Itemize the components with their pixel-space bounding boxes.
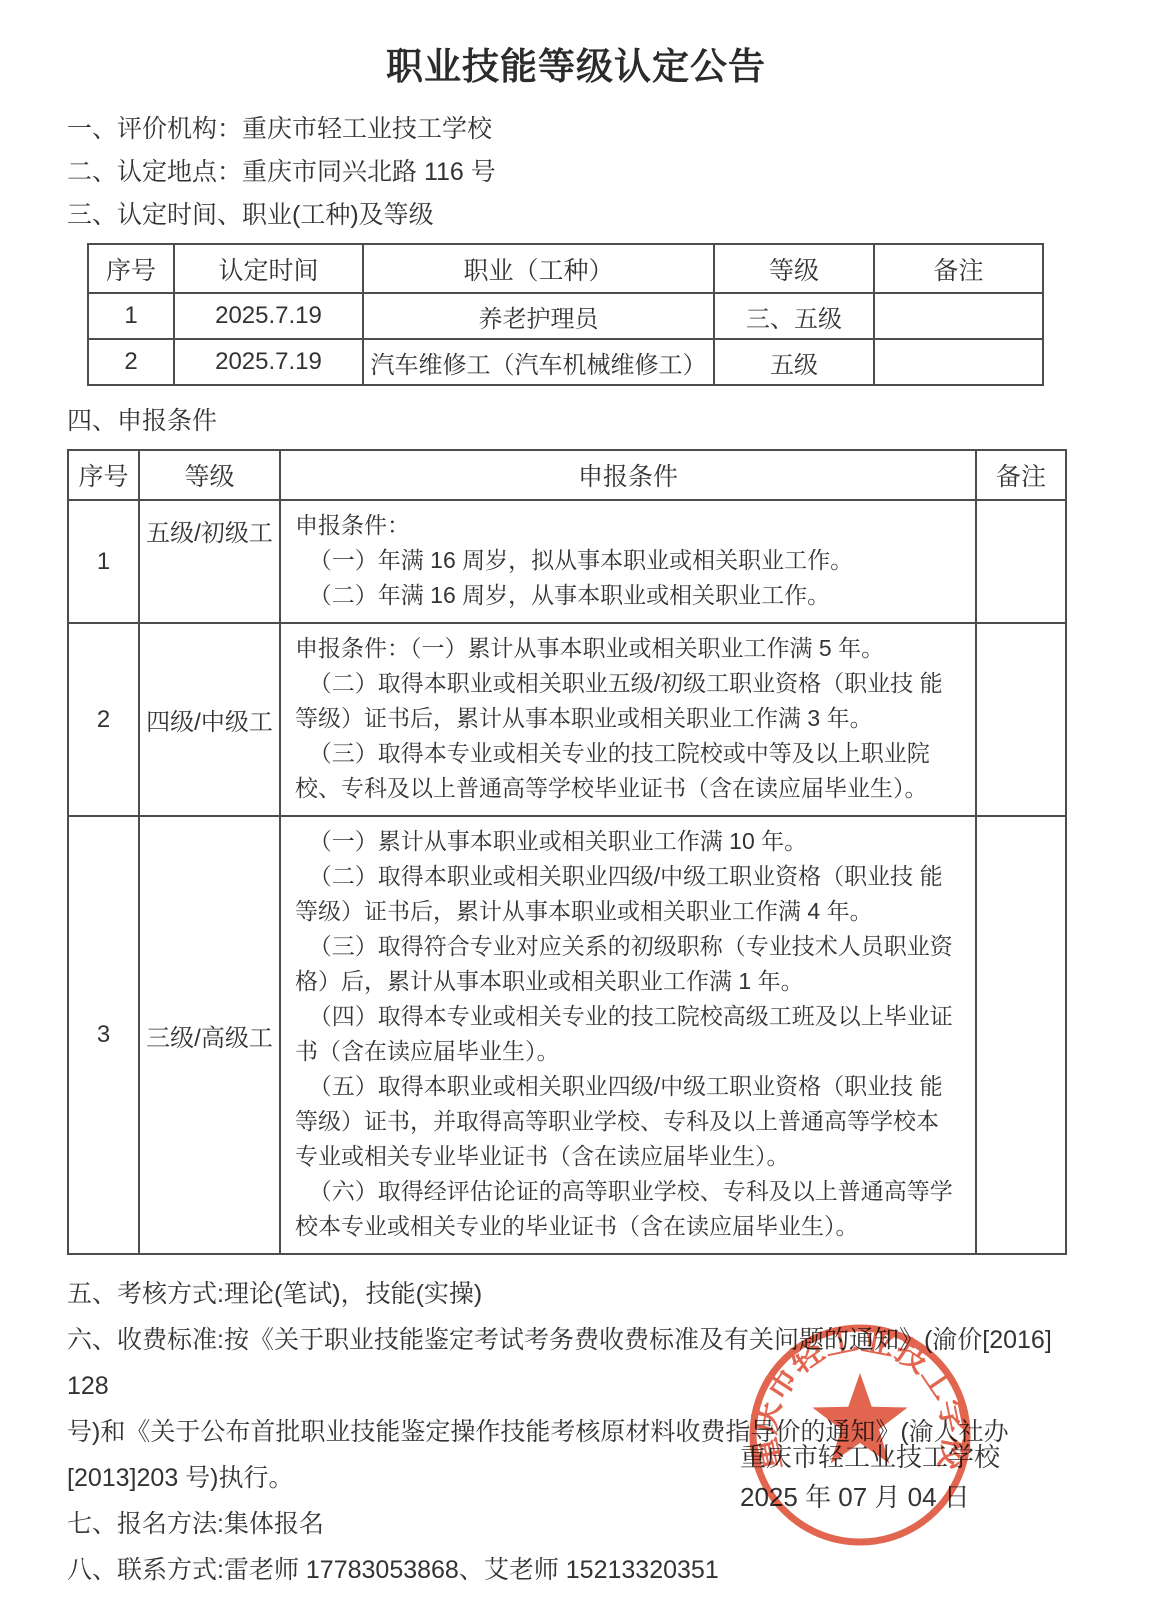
cell-note [976,816,1066,1254]
cell-level: 五级 [714,339,874,385]
condition-paragraph: （三）取得符合专业对应关系的初级职称（专业技术人员职业资格）后，累计从事本职业或… [295,929,961,999]
intro-line-schedule-heading: 三、认定时间、职业(工种)及等级 [67,200,1085,230]
cell-level: 五级/初级工 [139,500,280,623]
cell-conditions: 申报条件： （一）年满 16 周岁，拟从事本职业或相关职业工作。 （二）年满 1… [280,500,976,623]
cell-conditions: 申报条件：（一）累计从事本职业或相关职业工作满 5 年。 （二）取得本职业或相关… [280,623,976,816]
conditions-table: 序号 等级 申报条件 备注 1 五级/初级工 申报条件： （一）年满 16 周岁… [67,449,1067,1255]
schedule-header-no: 序号 [88,244,174,293]
page-title: 职业技能等级认定公告 [67,36,1085,90]
intro-line-conditions-heading: 四、申报条件 [67,406,1085,436]
cell-no: 1 [88,293,174,339]
cell-date: 2025.7.19 [174,339,363,385]
conditions-header-row: 序号 等级 申报条件 备注 [68,450,1066,500]
cell-note [976,500,1066,623]
condition-paragraph: （五）取得本职业或相关职业四级/中级工职业资格（职业技 能等级）证书，并取得高等… [295,1069,961,1174]
schedule-table: 序号 认定时间 职业（工种） 等级 备注 1 2025.7.19 养老护理员 三… [87,243,1044,386]
schedule-header-occupation: 职业（工种） [363,244,714,293]
cell-no: 2 [88,339,174,385]
cell-level: 三级/高级工 [139,816,280,1254]
schedule-header-row: 序号 认定时间 职业（工种） 等级 备注 [88,244,1043,293]
conditions-header-level: 等级 [139,450,280,500]
table-row: 2 四级/中级工 申报条件：（一）累计从事本职业或相关职业工作满 5 年。 （二… [68,623,1066,816]
signature-date: 2025 年 07 月 04 日 [740,1477,1000,1517]
condition-paragraph: 申报条件： [295,508,961,543]
condition-paragraph: （一）年满 16 周岁，拟从事本职业或相关职业工作。 [295,543,961,578]
cell-note [874,293,1043,339]
intro-line-evaluation-org: 一、评价机构：重庆市轻工业技工学校 [67,114,1085,144]
table-row: 3 三级/高级工 （一）累计从事本职业或相关职业工作满 10 年。 （二）取得本… [68,816,1066,1254]
condition-paragraph: 申报条件：（一）累计从事本职业或相关职业工作满 5 年。 [295,631,961,666]
cell-no: 1 [68,500,139,623]
footer-line-assessment-method: 五、考核方式:理论(笔试)，技能(实操) [67,1271,1085,1317]
signature-block: 重庆市轻工业技工学校 2025 年 07 月 04 日 [740,1437,1000,1517]
fee-standard-line: 六、收费标准:按《关于职业技能鉴定考试考务费收费标准及有关问题的通知》(渝价[2… [67,1317,1085,1409]
condition-paragraph: （二）年满 16 周岁，从事本职业或相关职业工作。 [295,578,961,613]
condition-paragraph: （二）取得本职业或相关职业四级/中级工职业资格（职业技 能等级）证书后，累计从事… [295,859,961,929]
condition-paragraph: （三）取得本专业或相关专业的技工院校或中等及以上职业院校、专科及以上普通高等学校… [295,736,961,806]
condition-paragraph: （四）取得本专业或相关专业的技工院校高级工班及以上毕业证书（含在读应届毕业生）。 [295,999,961,1069]
cell-occupation: 养老护理员 [363,293,714,339]
table-row: 2 2025.7.19 汽车维修工（汽车机械维修工） 五级 [88,339,1043,385]
cell-no: 3 [68,816,139,1254]
signature-org: 重庆市轻工业技工学校 [740,1437,1000,1477]
intro-line-location: 二、认定地点：重庆市同兴北路 116 号 [67,157,1085,187]
footer-line-contact: 八、联系方式:雷老师 17783053868、艾老师 15213320351 [67,1547,1085,1593]
cell-level: 四级/中级工 [139,623,280,816]
cell-level: 三、五级 [714,293,874,339]
conditions-header-note: 备注 [976,450,1066,500]
cell-note [976,623,1066,816]
conditions-header-conditions: 申报条件 [280,450,976,500]
condition-paragraph: （二）取得本职业或相关职业五级/初级工职业资格（职业技 能等级）证书后，累计从事… [295,666,961,736]
condition-paragraph: （六）取得经评估论证的高等职业学校、专科及以上普通高等学校本专业或相关专业的毕业… [295,1174,961,1244]
table-row: 1 五级/初级工 申报条件： （一）年满 16 周岁，拟从事本职业或相关职业工作… [68,500,1066,623]
announcement-document: 职业技能等级认定公告 一、评价机构：重庆市轻工业技工学校 二、认定地点：重庆市同… [0,0,1152,1600]
cell-no: 2 [68,623,139,816]
condition-paragraph: （一）累计从事本职业或相关职业工作满 10 年。 [295,824,961,859]
table-row: 1 2025.7.19 养老护理员 三、五级 [88,293,1043,339]
conditions-header-no: 序号 [68,450,139,500]
cell-date: 2025.7.19 [174,293,363,339]
cell-note [874,339,1043,385]
schedule-header-date: 认定时间 [174,244,363,293]
schedule-header-note: 备注 [874,244,1043,293]
schedule-header-level: 等级 [714,244,874,293]
cell-conditions: （一）累计从事本职业或相关职业工作满 10 年。 （二）取得本职业或相关职业四级… [280,816,976,1254]
cell-occupation: 汽车维修工（汽车机械维修工） [363,339,714,385]
